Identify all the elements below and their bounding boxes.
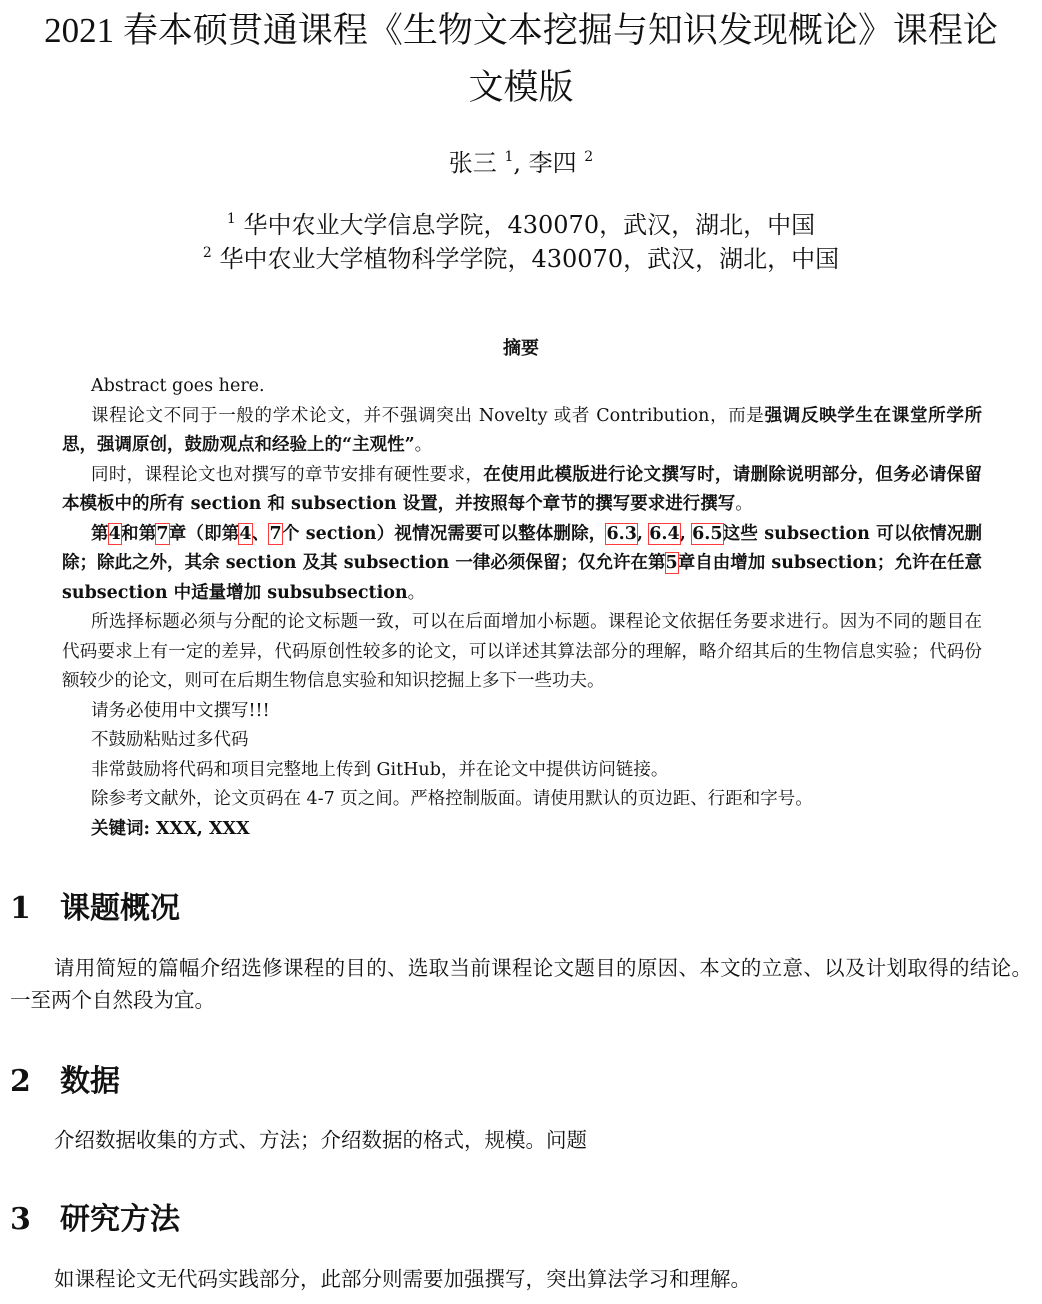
author-separator: ,	[513, 149, 528, 177]
abstract-text: 课程论文不同于一般的学术论文，并不强调突出 Novelty 或者 Contrib…	[91, 406, 765, 426]
subsection-ref-link-6-5[interactable]: 6.5	[692, 524, 722, 544]
abstract-text: ,	[637, 524, 649, 544]
affiliation-2: 2 华中农业大学植物科学学院，430070，武汉，湖北，中国	[0, 242, 1042, 276]
affiliation-mark: 2	[203, 245, 212, 261]
author-name: 张三	[449, 149, 497, 177]
abstract-emphasis: 第4和第7章（即第4、7个 section）视情况需要可以整体删除，6.3, 6…	[62, 524, 982, 603]
affiliation-text: 华中农业大学植物科学学院，430070，武汉，湖北，中国	[219, 245, 839, 273]
section-number: 3	[10, 1200, 60, 1240]
section-ref-link-5[interactable]: 5	[666, 553, 678, 573]
abstract-paragraph: 同时，课程论文也对撰写的章节安排有硬性要求，在使用此模版进行论文撰写时，请删除说…	[62, 461, 982, 520]
abstract-text: 、	[252, 524, 270, 544]
affiliation-text: 华中农业大学信息学院，430070，武汉，湖北，中国	[243, 211, 815, 239]
paper-title-line-1: 2021 春本硕贯通课程《生物文本挖掘与知识发现概论》课程论	[0, 2, 1042, 60]
subsection-ref-link-6-4[interactable]: 6.4	[649, 524, 679, 544]
author-affiliation-mark: 2	[584, 149, 593, 165]
section-ref-link-7[interactable]: 7	[156, 524, 168, 544]
section-number: 1	[10, 889, 60, 929]
affiliation-1: 1 华中农业大学信息学院，430070，武汉，湖北，中国	[0, 208, 1042, 242]
abstract-body: Abstract goes here. 课程论文不同于一般的学术论文，并不强调突…	[62, 372, 982, 844]
section-title: 数据	[60, 1064, 120, 1099]
abstract-paragraph: 请务必使用中文撰写!!!	[62, 697, 982, 727]
abstract-paragraph: Abstract goes here.	[62, 372, 982, 402]
abstract-paragraph: 不鼓励粘贴过多代码	[62, 726, 982, 756]
subsection-ref-link-6-3[interactable]: 6.3	[606, 524, 636, 544]
abstract-paragraph: 所选择标题必须与分配的论文标题一致，可以在后面增加小标题。课程论文依据任务要求进…	[62, 608, 982, 697]
body-paragraph: 请用简短的篇幅介绍选修课程的目的、选取当前课程论文题目的原因、本文的立意、以及计…	[10, 952, 1032, 1016]
keywords: 关键词: XXX, XXX	[62, 815, 982, 845]
section-heading-2: 2数据	[10, 1062, 120, 1102]
section-heading-1: 1课题概况	[10, 889, 180, 929]
abstract-text: 和第	[121, 524, 157, 544]
section-ref-link-4[interactable]: 4	[109, 524, 121, 544]
author-name: 李四	[529, 149, 577, 177]
section-heading-3: 3研究方法	[10, 1200, 180, 1240]
keywords-label: 关键词:	[91, 819, 150, 839]
section-1-body: 请用简短的篇幅介绍选修课程的目的、选取当前课程论文题目的原因、本文的立意、以及计…	[10, 952, 1032, 1016]
affiliation-mark: 1	[227, 211, 236, 227]
abstract-text: 。	[735, 494, 753, 514]
abstract-text: ,	[680, 524, 692, 544]
abstract-paragraph: 除参考文献外，论文页码在 4-7 页之间。严格控制版面。请使用默认的页边距、行距…	[62, 785, 982, 815]
abstract-paragraph: 非常鼓励将代码和项目完整地上传到 GitHub，并在论文中提供访问链接。	[62, 756, 982, 786]
abstract-heading: 摘要	[0, 334, 1042, 360]
author-list: 张三 1, 李四 2	[0, 146, 1042, 180]
abstract-text: 章（即第	[169, 524, 240, 544]
body-paragraph: 介绍数据收集的方式、方法；介绍数据的格式，规模。问题	[10, 1124, 1032, 1156]
abstract-text: 第	[91, 524, 109, 544]
section-ref-link-7[interactable]: 7	[269, 524, 281, 544]
abstract-text: 。	[415, 435, 433, 455]
abstract-paragraph: 课程论文不同于一般的学术论文，并不强调突出 Novelty 或者 Contrib…	[62, 402, 982, 461]
abstract-text: 同时，课程论文也对撰写的章节安排有硬性要求，	[91, 465, 483, 485]
section-2-body: 介绍数据收集的方式、方法；介绍数据的格式，规模。问题	[10, 1124, 1032, 1156]
section-ref-link-4[interactable]: 4	[239, 524, 251, 544]
abstract-paragraph: 第4和第7章（即第4、7个 section）视情况需要可以整体删除，6.3, 6…	[62, 520, 982, 609]
section-title: 课题概况	[60, 891, 180, 926]
body-paragraph: 如课程论文无代码实践部分，此部分则需要加强撰写，突出算法学习和理解。	[10, 1263, 1032, 1295]
paper-title-line-2: 文模版	[0, 59, 1042, 117]
section-title: 研究方法	[60, 1202, 180, 1237]
keywords-value: XXX, XXX	[150, 819, 250, 839]
section-3-body: 如课程论文无代码实践部分，此部分则需要加强撰写，突出算法学习和理解。	[10, 1263, 1032, 1295]
section-number: 2	[10, 1062, 60, 1102]
abstract-text: 个 section）视情况需要可以整体删除，	[282, 524, 607, 544]
abstract-text: 。	[408, 583, 426, 603]
